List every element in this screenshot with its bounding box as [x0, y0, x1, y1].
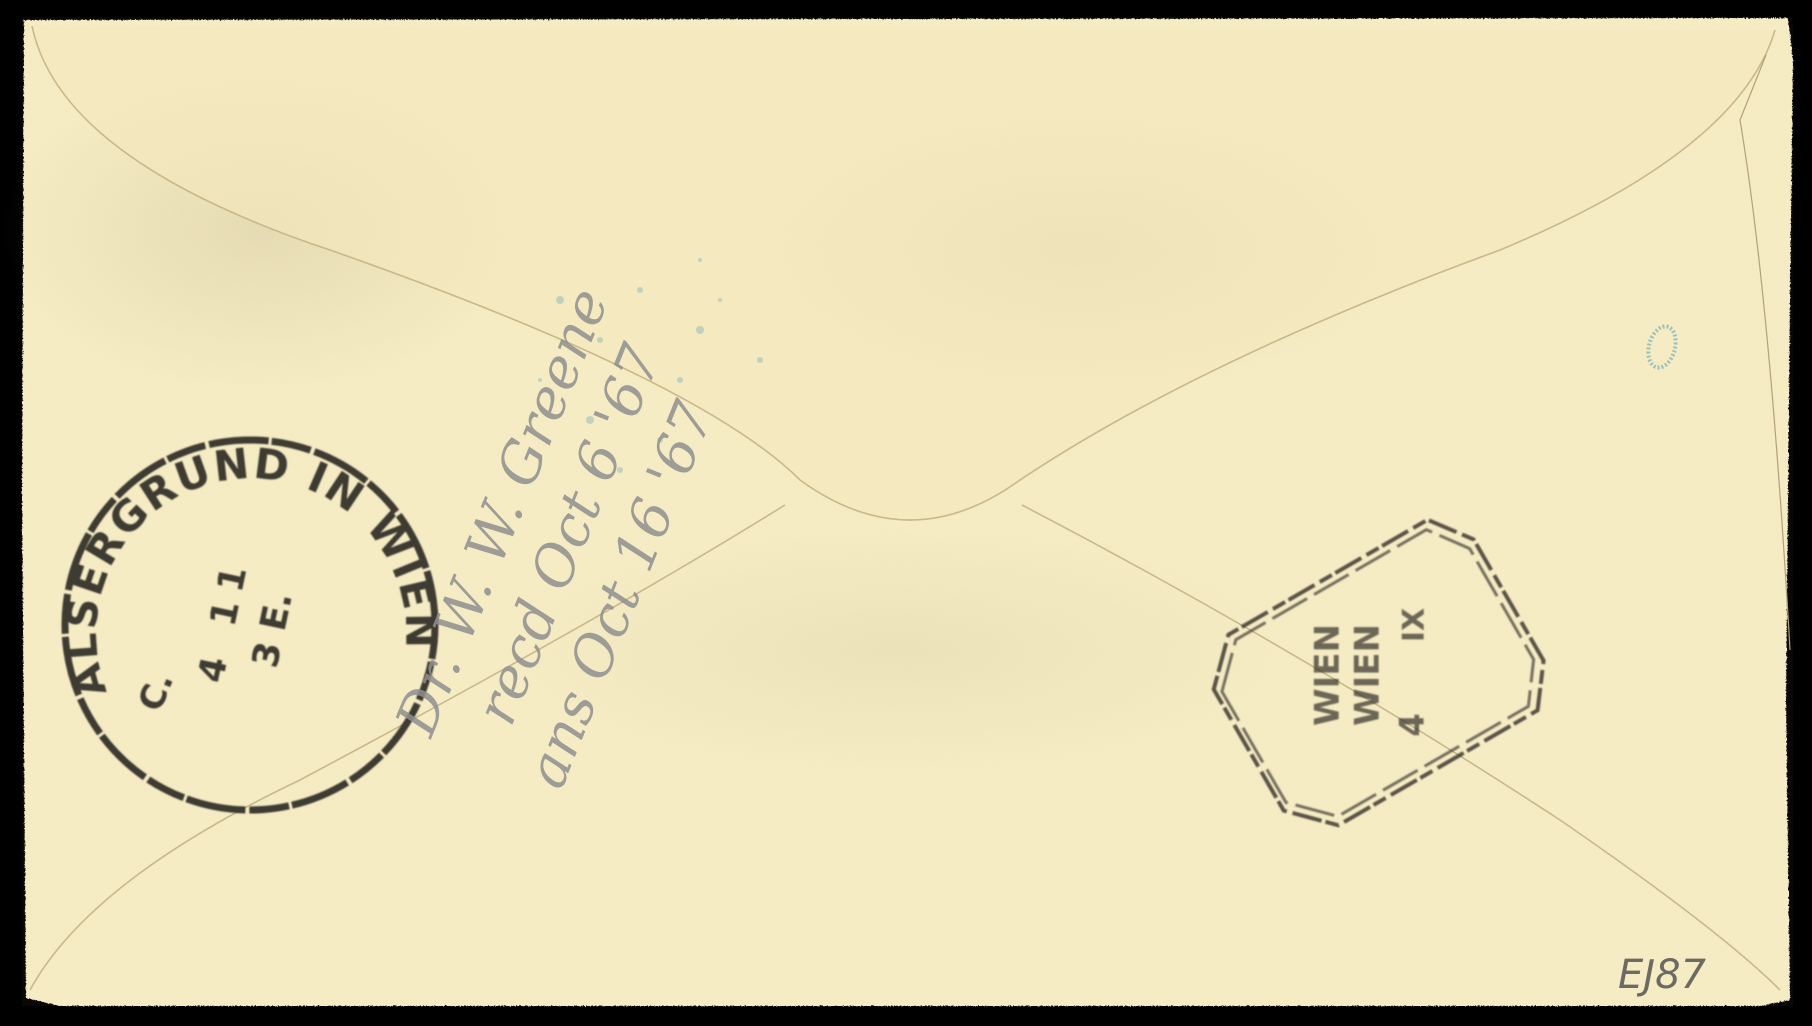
- catalog-mark: EJ87: [1618, 952, 1707, 998]
- boxed-line-4: IX: [1397, 608, 1432, 642]
- boxed-line-3: 4: [1393, 713, 1433, 737]
- boxed-line-1: WIEN: [1308, 624, 1348, 726]
- boxed-line-2: WIEN: [1348, 624, 1388, 726]
- envelope-back-photo: ALSERGRUND IN WIEN C. 4 11 3 E. WIEN WIE…: [0, 0, 1812, 1026]
